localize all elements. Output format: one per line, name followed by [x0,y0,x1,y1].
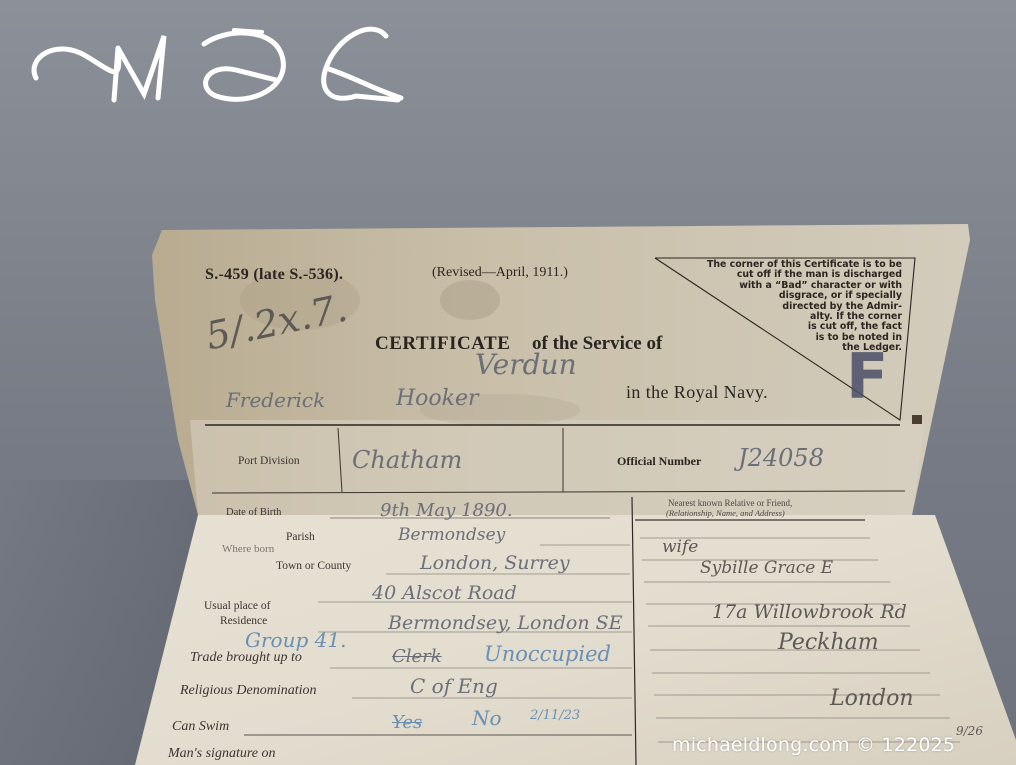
trade-label: Trade brought up to [190,650,302,666]
residence-label-1: Usual place of [204,600,270,612]
relative-relationship: wife [662,537,698,557]
date-of-birth-value: 9th May 1890. [380,500,513,521]
trade-value: Unoccupied [484,642,611,666]
residence-line-2: Bermondsey, London SE [388,612,623,634]
corner-mark-f: F [846,340,888,413]
relative-name: Sybille Grace E [700,558,833,578]
port-division-value: Chatham [352,446,462,474]
signature-label: Man's signature on [168,746,275,762]
can-swim-label: Can Swim [172,719,229,735]
port-division-label: Port Division [238,455,300,467]
relative-address-district: Peckham [778,630,879,655]
relative-address-street: 17a Willowbrook Rd [712,601,907,623]
can-swim-date: 2/11/23 [530,708,580,723]
relative-heading: Nearest known Relative or Friend, [668,498,792,508]
religion-value: C of Eng [410,674,498,698]
religion-label: Religious Denomination [180,683,317,699]
town-county-value: London, Surrey [420,552,570,574]
can-swim-value: No [472,706,502,730]
relative-address-city: London [830,686,914,711]
official-number-label: Official Number [617,454,701,469]
parish-value: Bermondsey [398,525,505,545]
form-number: S.-459 (late S.-536). [205,266,343,284]
residence-label-2: Residence [220,615,267,627]
copyright-watermark: michaeldlong.com © 122025 [672,734,955,756]
sailor-last-name: Hooker [396,386,479,411]
relative-corner-date: 9/26 [956,724,983,738]
royal-navy-text: in the Royal Navy. [626,382,768,403]
revised-date: (Revised—April, 1911.) [432,265,568,281]
date-of-birth-label: Date of Birth [226,507,281,518]
trade-group-annotation: Group 41. [245,628,346,652]
parish-label: Parish [286,531,315,543]
ship-name: Verdun [475,348,577,381]
can-swim-struck: Yes [392,712,422,733]
trade-struck-value: Clerk [392,646,442,667]
relative-subheading: (Relationship, Name, and Address) [666,508,785,518]
town-county-label: Town or County [276,560,351,572]
residence-line-1: 40 Alscot Road [372,582,517,604]
where-born-label: Where born [222,543,262,556]
official-number-value: J24058 [738,444,824,472]
sailor-first-name: Frederick [226,388,325,412]
